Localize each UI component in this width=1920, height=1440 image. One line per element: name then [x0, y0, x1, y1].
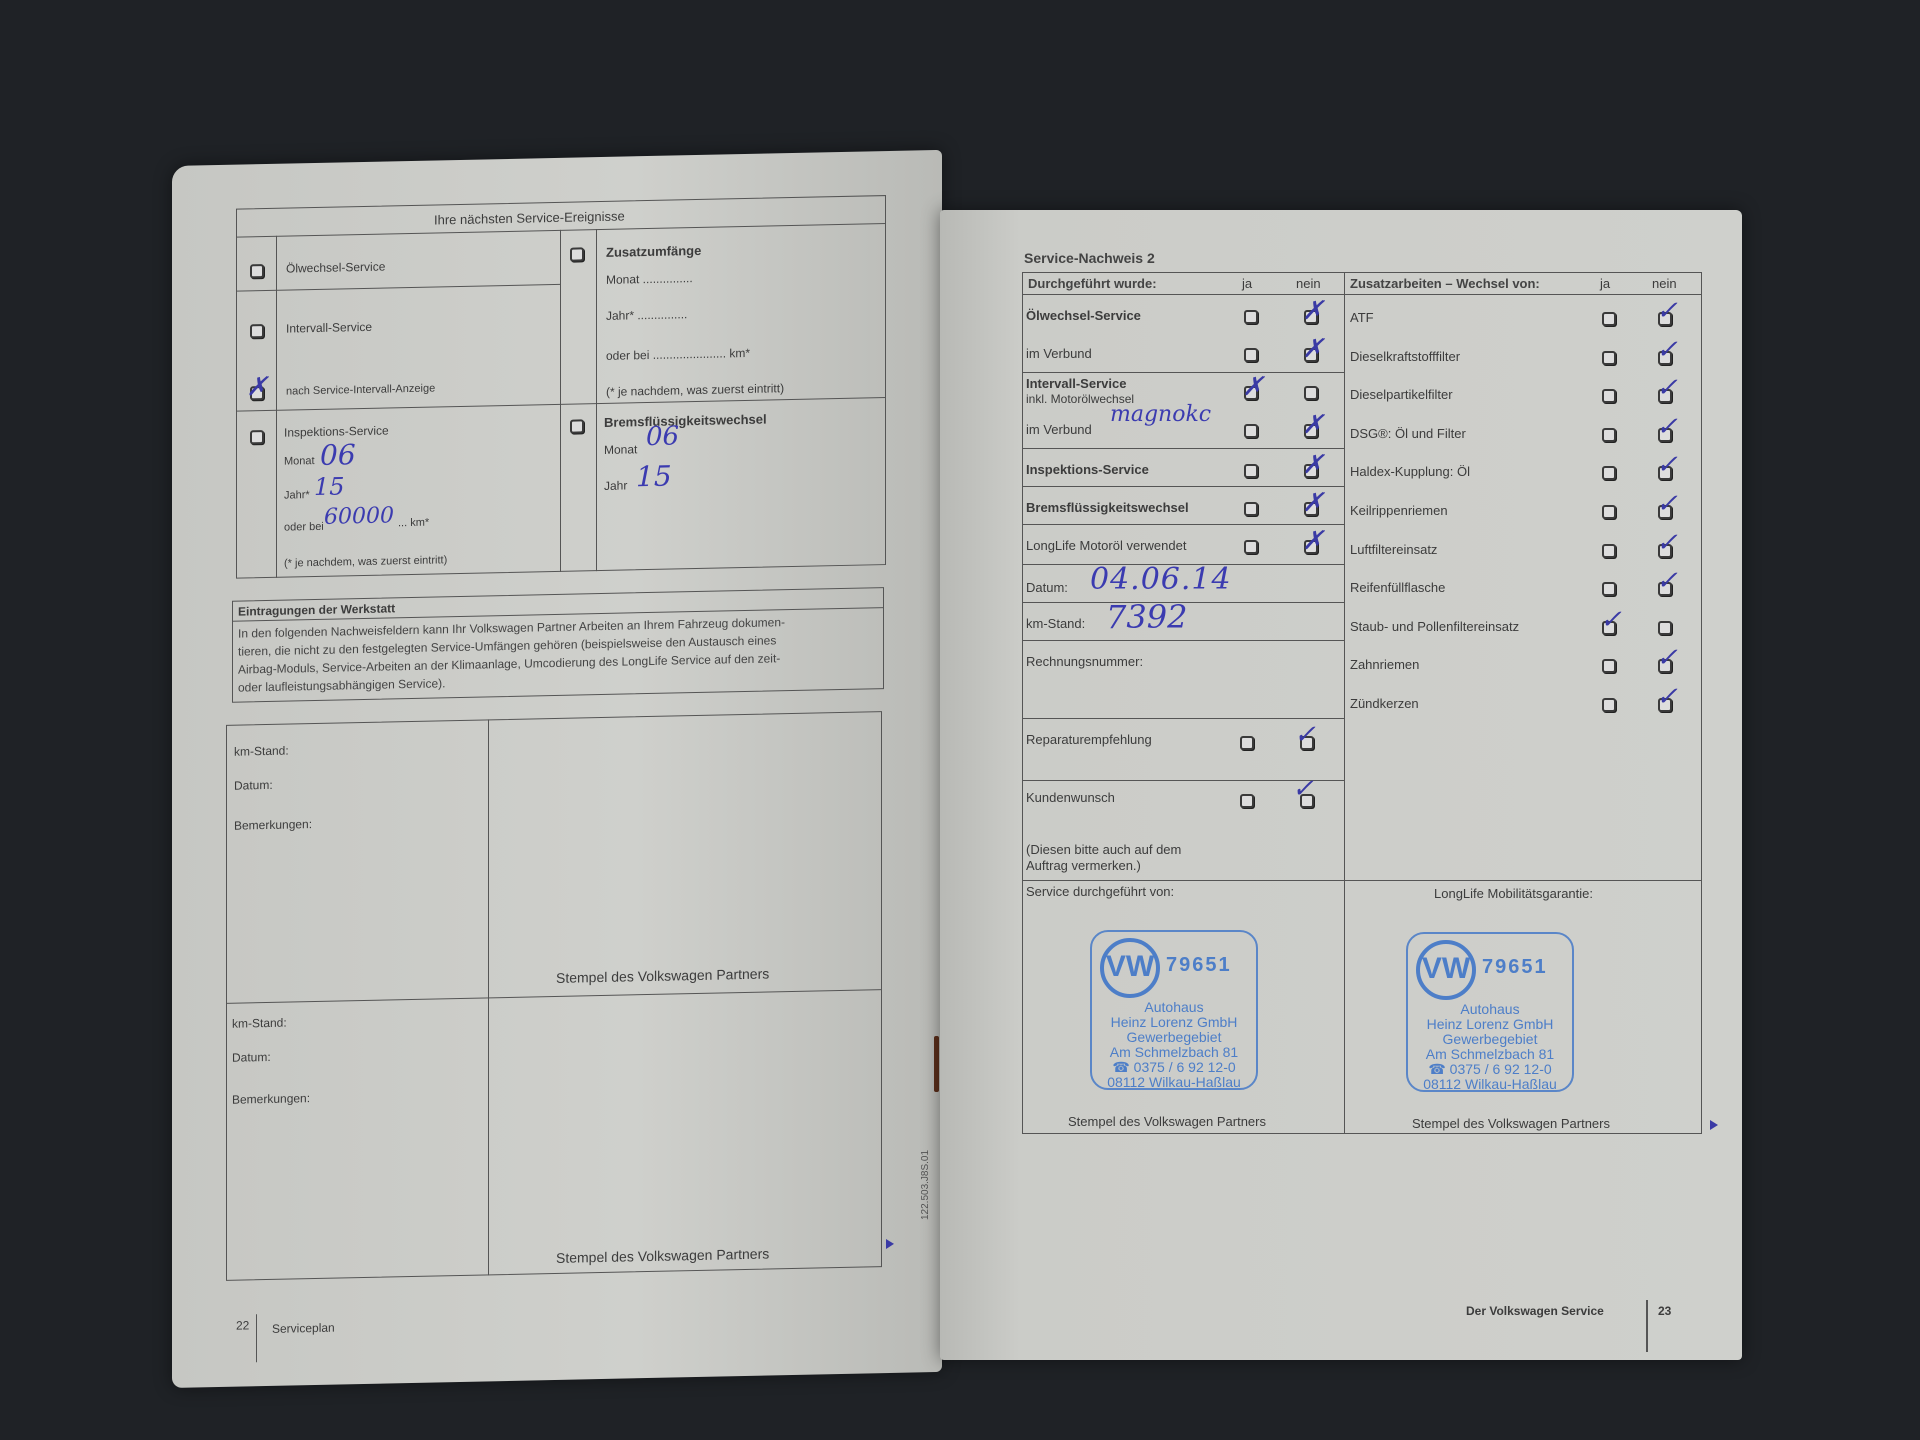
repair-rec-yes-checkbox[interactable] — [1240, 736, 1254, 750]
extra-work-row-label: Dieselpartikelfilter — [1350, 387, 1453, 402]
date-value[interactable]: 04.06.14 — [1090, 562, 1232, 597]
repair-rec-label: Reparaturempfehlung — [1026, 732, 1152, 747]
dealer-address: Autohaus Heinz Lorenz GmbH Gewerbegebiet… — [1408, 1002, 1572, 1092]
dealer-stamp-service: VW 79651 Autohaus Heinz Lorenz GmbH Gewe… — [1090, 930, 1258, 1090]
performed-row-label: Bremsflüssigkeitswechsel — [1026, 500, 1189, 515]
section-title: Der Volkswagen Service — [1466, 1304, 1604, 1318]
performed-row-label: Ölwechsel-Service — [1026, 308, 1141, 323]
extra-work-no-checkbox[interactable] — [1658, 466, 1672, 480]
performed-no-checkbox[interactable] — [1304, 502, 1318, 516]
brake-fluid-checkbox[interactable] — [570, 419, 584, 433]
extra-work-no-checkbox[interactable] — [1658, 505, 1672, 519]
performed-row-label: LongLife Motoröl verwendet — [1026, 538, 1186, 553]
extra-work-col-yes: ja — [1600, 276, 1610, 291]
dealer-stamp-longlife: VW 79651 Autohaus Heinz Lorenz GmbH Gewe… — [1406, 932, 1574, 1092]
entry-date-label: Datum: — [232, 1050, 271, 1065]
handwritten-note: magnokc — [1110, 402, 1211, 427]
service-record-title: Service-Nachweis 2 — [1024, 250, 1155, 266]
dealer-number: 79651 — [1482, 956, 1548, 979]
extra-work-row-label: Zündkerzen — [1350, 696, 1419, 711]
extra-work-header: Zusatzarbeiten – Wechsel von: — [1350, 276, 1540, 291]
dealer-address: Autohaus Heinz Lorenz GmbH Gewerbegebiet… — [1092, 1000, 1256, 1090]
service-stamp-label: Stempel des Volkswagen Partners — [1068, 1114, 1266, 1129]
performed-yes-checkbox[interactable] — [1244, 348, 1258, 362]
extra-work-no-checkbox[interactable] — [1658, 428, 1672, 442]
interval-service-label: Intervall-Service — [286, 320, 372, 336]
entry-remarks-label: Bemerkungen: — [234, 817, 312, 833]
extra-work-yes-checkbox[interactable] — [1602, 582, 1616, 596]
repair-rec-no-checkbox[interactable] — [1300, 736, 1314, 750]
extra-work-no-checkbox[interactable] — [1658, 659, 1672, 673]
extra-work-no-checkbox[interactable] — [1658, 698, 1672, 712]
service-by-label: Service durchgeführt von: — [1026, 884, 1174, 899]
extra-work-no-checkbox[interactable] — [1658, 389, 1672, 403]
performed-yes-checkbox[interactable] — [1244, 464, 1258, 478]
staple-bottom — [934, 1036, 939, 1092]
performed-yes-checkbox[interactable] — [1244, 386, 1258, 400]
km-value[interactable]: 7392 — [1106, 598, 1187, 636]
customer-wish-label: Kundenwunsch — [1026, 790, 1115, 805]
extra-work-row-label: Luftfiltereinsatz — [1350, 542, 1437, 557]
performed-row-label: im Verbund — [1026, 422, 1092, 437]
entry-km-label: km-Stand: — [232, 1016, 287, 1031]
longlife-label: LongLife Mobilitätsgarantie: — [1434, 886, 1593, 901]
extras-label: Zusatzumfänge — [606, 243, 701, 260]
performed-no-checkbox[interactable] — [1304, 310, 1318, 324]
extra-work-row-label: Zahnriemen — [1350, 657, 1419, 672]
customer-wish-yes-checkbox[interactable] — [1240, 794, 1254, 808]
dealer-number: 79651 — [1166, 954, 1232, 977]
extra-work-row-label: DSG®: Öl und Filter — [1350, 426, 1466, 441]
extra-work-yes-checkbox[interactable] — [1602, 698, 1616, 712]
extra-work-yes-checkbox[interactable] — [1602, 389, 1616, 403]
customer-wish-note-2: Auftrag vermerken.) — [1026, 858, 1141, 873]
extra-work-yes-checkbox[interactable] — [1602, 312, 1616, 326]
extra-work-col-no: nein — [1652, 276, 1677, 291]
inspection-checkbox[interactable] — [250, 430, 264, 444]
brake-fluid-year-label: Jahr — [604, 478, 627, 492]
performed-col-no: nein — [1296, 276, 1321, 291]
extra-work-no-checkbox[interactable] — [1658, 312, 1672, 326]
extra-work-row-label: Haldex-Kupplung: Öl — [1350, 464, 1470, 479]
extra-work-row-label: ATF — [1350, 310, 1374, 325]
extra-work-no-checkbox[interactable] — [1658, 582, 1672, 596]
workshop-text: In den folgenden Nachweisfeldern kann Ih… — [238, 611, 878, 696]
entry-2: km-Stand: Datum: Bemerkungen: Stempel de… — [172, 150, 942, 166]
page-number: 23 — [1658, 1304, 1671, 1318]
extra-work-row-label: Dieselkraftstofffilter — [1350, 349, 1460, 364]
inspection-km-label: oder bei — [284, 521, 324, 534]
performed-row-label: Inspektions-Service — [1026, 462, 1149, 477]
extra-work-yes-checkbox[interactable] — [1602, 621, 1616, 635]
extras-checkbox[interactable] — [570, 247, 584, 261]
extra-work-no-checkbox[interactable] — [1658, 544, 1672, 558]
next-page-arrow-icon — [1710, 1120, 1718, 1130]
brake-fluid-month-value: 06 — [646, 421, 679, 452]
inspection-year-label: Jahr* — [284, 489, 310, 502]
extra-work-no-checkbox[interactable] — [1658, 621, 1672, 635]
performed-no-checkbox[interactable] — [1304, 424, 1318, 438]
performed-yes-checkbox[interactable] — [1244, 502, 1258, 516]
vw-logo-icon: VW — [1100, 938, 1160, 998]
brake-fluid-month-label: Monat — [604, 442, 637, 457]
performed-no-checkbox[interactable] — [1304, 386, 1318, 400]
invoice-label: Rechnungsnummer: — [1026, 654, 1143, 669]
vw-logo-icon: VW — [1416, 940, 1476, 1000]
inspection-km-value: 60000 — [324, 503, 394, 529]
section-title: Serviceplan — [272, 1321, 335, 1336]
inspection-km-suffix: ... km* — [398, 517, 429, 530]
right-page: Service-Nachweis 2 Durchgeführt wurde: j… — [940, 210, 1742, 1360]
performed-no-checkbox[interactable] — [1304, 540, 1318, 554]
extra-work-yes-checkbox[interactable] — [1602, 544, 1616, 558]
performed-yes-checkbox[interactable] — [1244, 424, 1258, 438]
extra-work-row-label: Keilrippenriemen — [1350, 503, 1448, 518]
performed-no-checkbox[interactable] — [1304, 348, 1318, 362]
next-page-arrow-icon — [886, 1239, 894, 1249]
extra-work-no-checkbox[interactable] — [1658, 351, 1672, 365]
interval-service-checkbox[interactable] — [250, 324, 264, 338]
customer-wish-note-1: (Diesen bitte auch auf dem — [1026, 842, 1181, 857]
entry-date-label: Datum: — [234, 778, 273, 793]
extra-work-row-label: Reifenfüllflasche — [1350, 580, 1445, 595]
extra-work-yes-checkbox[interactable] — [1602, 659, 1616, 673]
entry-km-label: km-Stand: — [234, 744, 289, 759]
date-label: Datum: — [1026, 580, 1068, 595]
entry-remarks-label: Bemerkungen: — [232, 1091, 310, 1107]
extra-work-row-label: Staub- und Pollenfiltereinsatz — [1350, 619, 1519, 634]
performed-row-label: im Verbund — [1026, 346, 1092, 361]
extras-month: Monat ............... — [606, 271, 693, 287]
extra-work-yes-checkbox[interactable] — [1602, 351, 1616, 365]
inspection-year-value: 15 — [314, 472, 345, 501]
oil-change-label: Ölwechsel-Service — [286, 260, 385, 276]
left-page: Ihre nächsten Service-Ereignisse Ölwechs… — [172, 150, 942, 1388]
extras-year: Jahr* ............... — [606, 307, 687, 323]
performed-no-checkbox[interactable] — [1304, 464, 1318, 478]
km-label: km-Stand: — [1026, 616, 1085, 631]
performed-row-label: Intervall-Service — [1026, 376, 1126, 391]
inspection-month-value: 06 — [320, 438, 356, 472]
inspection-month-label: Monat — [284, 455, 315, 468]
performed-header: Durchgeführt wurde: — [1028, 276, 1157, 291]
entry-1: km-Stand: Datum: Bemerkungen: Stempel de… — [172, 150, 942, 166]
brake-fluid-year-value: 15 — [636, 460, 672, 494]
performed-col-yes: ja — [1242, 276, 1252, 291]
longlife-stamp-label: Stempel des Volkswagen Partners — [1412, 1116, 1610, 1131]
inspection-label: Inspektions-Service — [284, 423, 389, 439]
performed-yes-checkbox[interactable] — [1244, 540, 1258, 554]
extra-work-yes-checkbox[interactable] — [1602, 428, 1616, 442]
extras-km: oder bei ...................... km* — [606, 346, 750, 363]
customer-wish-no-checkbox[interactable] — [1300, 794, 1314, 808]
performed-yes-checkbox[interactable] — [1244, 310, 1258, 324]
per-indicator-checkbox[interactable] — [250, 386, 264, 400]
page-number: 22 — [236, 1318, 249, 1332]
extra-work-yes-checkbox[interactable] — [1602, 505, 1616, 519]
print-code: 122.503.J8S.01 — [920, 1150, 931, 1220]
oil-change-checkbox[interactable] — [250, 264, 264, 278]
extra-work-yes-checkbox[interactable] — [1602, 466, 1616, 480]
